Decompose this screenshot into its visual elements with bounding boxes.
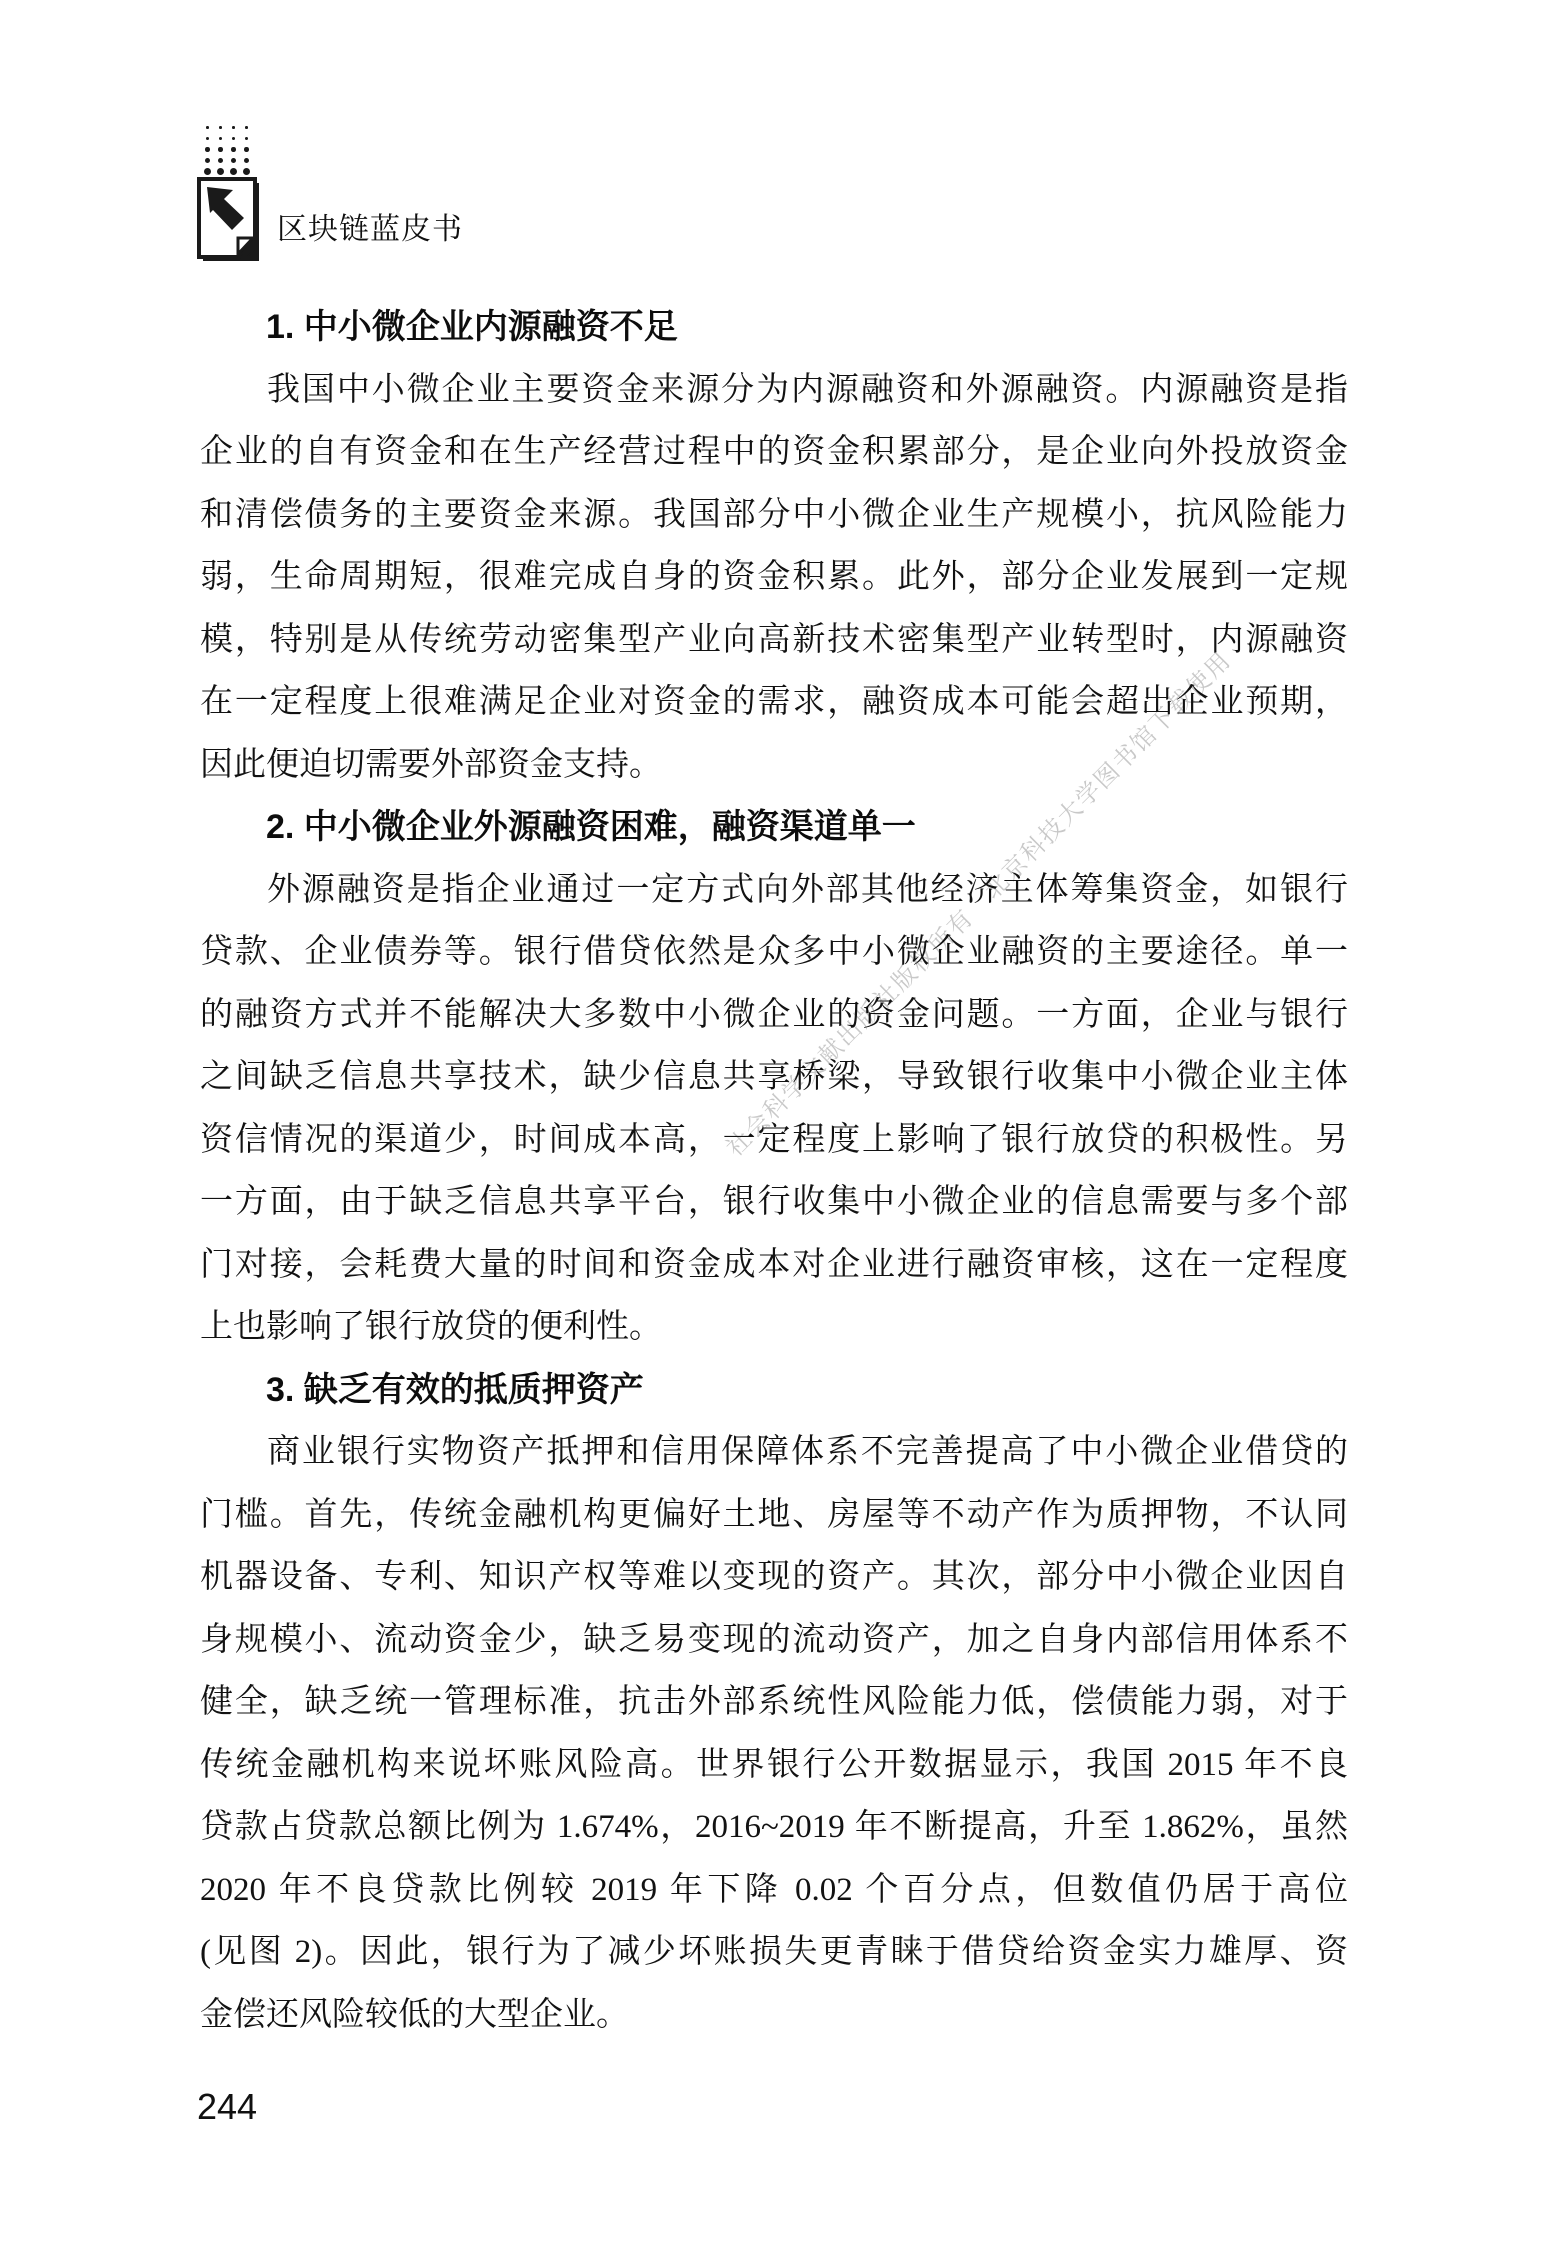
- text-line: 健全，缺乏统一管理标准，抗击外部系统性风险能力低，偿债能力弱，对于: [200, 1671, 1348, 1734]
- page-number: 244: [197, 2086, 257, 2128]
- logo-dot: [219, 126, 222, 129]
- text-line: (见图 2)。因此，银行为了减少坏账损失更青睐于借贷给资金实力雄厚、资: [200, 1921, 1348, 1984]
- logo-dot: [204, 168, 211, 175]
- text-line: 金偿还风险较低的大型企业。: [200, 1984, 1348, 2047]
- logo-dot: [231, 147, 236, 152]
- logo-dot: [217, 168, 224, 175]
- text-line: 贷款、企业债券等。银行借贷依然是众多中小微企业融资的主要途径。单一: [200, 921, 1348, 984]
- logo-dot: [245, 126, 248, 129]
- text-line: 的融资方式并不能解决大多数中小微企业的资金问题。一方面，企业与银行: [200, 984, 1348, 1047]
- body-text: 1. 中小微企业内源融资不足我国中小微企业主要资金来源分为内源融资和外源融资。内…: [200, 296, 1348, 2046]
- text-line: 门对接，会耗费大量的时间和资金成本对企业进行融资审核，这在一定程度: [200, 1234, 1348, 1297]
- text-line: 2020 年不良贷款比例较 2019 年下降 0.02 个百分点，但数值仍居于高…: [200, 1859, 1348, 1922]
- logo-dot: [205, 158, 211, 164]
- logo-dot: [231, 158, 237, 164]
- text-line: 上也影响了银行放贷的便利性。: [200, 1296, 1348, 1359]
- section-heading: 1. 中小微企业内源融资不足: [200, 296, 1348, 359]
- text-line: 门槛。首先，传统金融机构更偏好土地、房屋等不动产作为质押物，不认同: [200, 1484, 1348, 1547]
- logo-dot: [243, 168, 250, 175]
- text-line: 在一定程度上很难满足企业对资金的需求，融资成本可能会超出企业预期，: [200, 671, 1348, 734]
- text-line: 传统金融机构来说坏账风险高。世界银行公开数据显示，我国 2015 年不良: [200, 1734, 1348, 1797]
- logo-dot: [230, 168, 237, 175]
- text-line: 和清偿债务的主要资金来源。我国部分中小微企业生产规模小，抗风险能力: [200, 484, 1348, 547]
- text-line: 身规模小、流动资金少，缺乏易变现的流动资产，加之自身内部信用体系不: [200, 1609, 1348, 1672]
- section-heading: 2. 中小微企业外源融资困难，融资渠道单一: [200, 796, 1348, 859]
- logo-dot: [206, 137, 210, 141]
- logo-dot: [244, 158, 250, 164]
- text-line: 弱，生命周期短，很难完成自身的资金积累。此外，部分企业发展到一定规: [200, 546, 1348, 609]
- document-page: 区块链蓝皮书 社会科学文献出版社版权所有 北京科技大学图书馆下载使用 1. 中小…: [0, 0, 1555, 2244]
- logo-dot: [206, 126, 209, 129]
- text-line: 一方面，由于缺乏信息共享平台，银行收集中小微企业的信息需要与多个部: [200, 1171, 1348, 1234]
- logo-dot: [219, 137, 223, 141]
- text-line: 机器设备、专利、知识产权等难以变现的资产。其次，部分中小微企业因自: [200, 1546, 1348, 1609]
- text-line: 模，特别是从传统劳动密集型产业向高新技术密集型产业转型时，内源融资: [200, 609, 1348, 672]
- text-line: 资信情况的渠道少，时间成本高，一定程度上影响了银行放贷的积极性。另: [200, 1109, 1348, 1172]
- document-arrow-icon: [197, 177, 263, 265]
- logo-dot: [244, 147, 249, 152]
- brand-title: 区块链蓝皮书: [277, 204, 463, 248]
- logo-dot: [218, 158, 224, 164]
- logo-dot: [218, 147, 223, 152]
- logo-dot: [245, 137, 249, 141]
- text-line: 企业的自有资金和在生产经营过程中的资金积累部分，是企业向外投放资金: [200, 421, 1348, 484]
- text-line: 贷款占贷款总额比例为 1.674%，2016~2019 年不断提高，升至 1.8…: [200, 1796, 1348, 1859]
- text-line: 因此便迫切需要外部资金支持。: [200, 734, 1348, 797]
- logo-dot-grid: [201, 122, 253, 177]
- section-heading: 3. 缺乏有效的抵质押资产: [200, 1359, 1348, 1422]
- logo-dot: [232, 126, 235, 129]
- logo-dot: [232, 137, 236, 141]
- text-line: 外源融资是指企业通过一定方式向外部其他经济主体筹集资金，如银行: [200, 859, 1348, 922]
- text-line: 之间缺乏信息共享技术，缺少信息共享桥梁，导致银行收集中小微企业主体: [200, 1046, 1348, 1109]
- text-line: 商业银行实物资产抵押和信用保障体系不完善提高了中小微企业借贷的: [200, 1421, 1348, 1484]
- text-line: 我国中小微企业主要资金来源分为内源融资和外源融资。内源融资是指: [200, 359, 1348, 422]
- logo-dot: [205, 147, 210, 152]
